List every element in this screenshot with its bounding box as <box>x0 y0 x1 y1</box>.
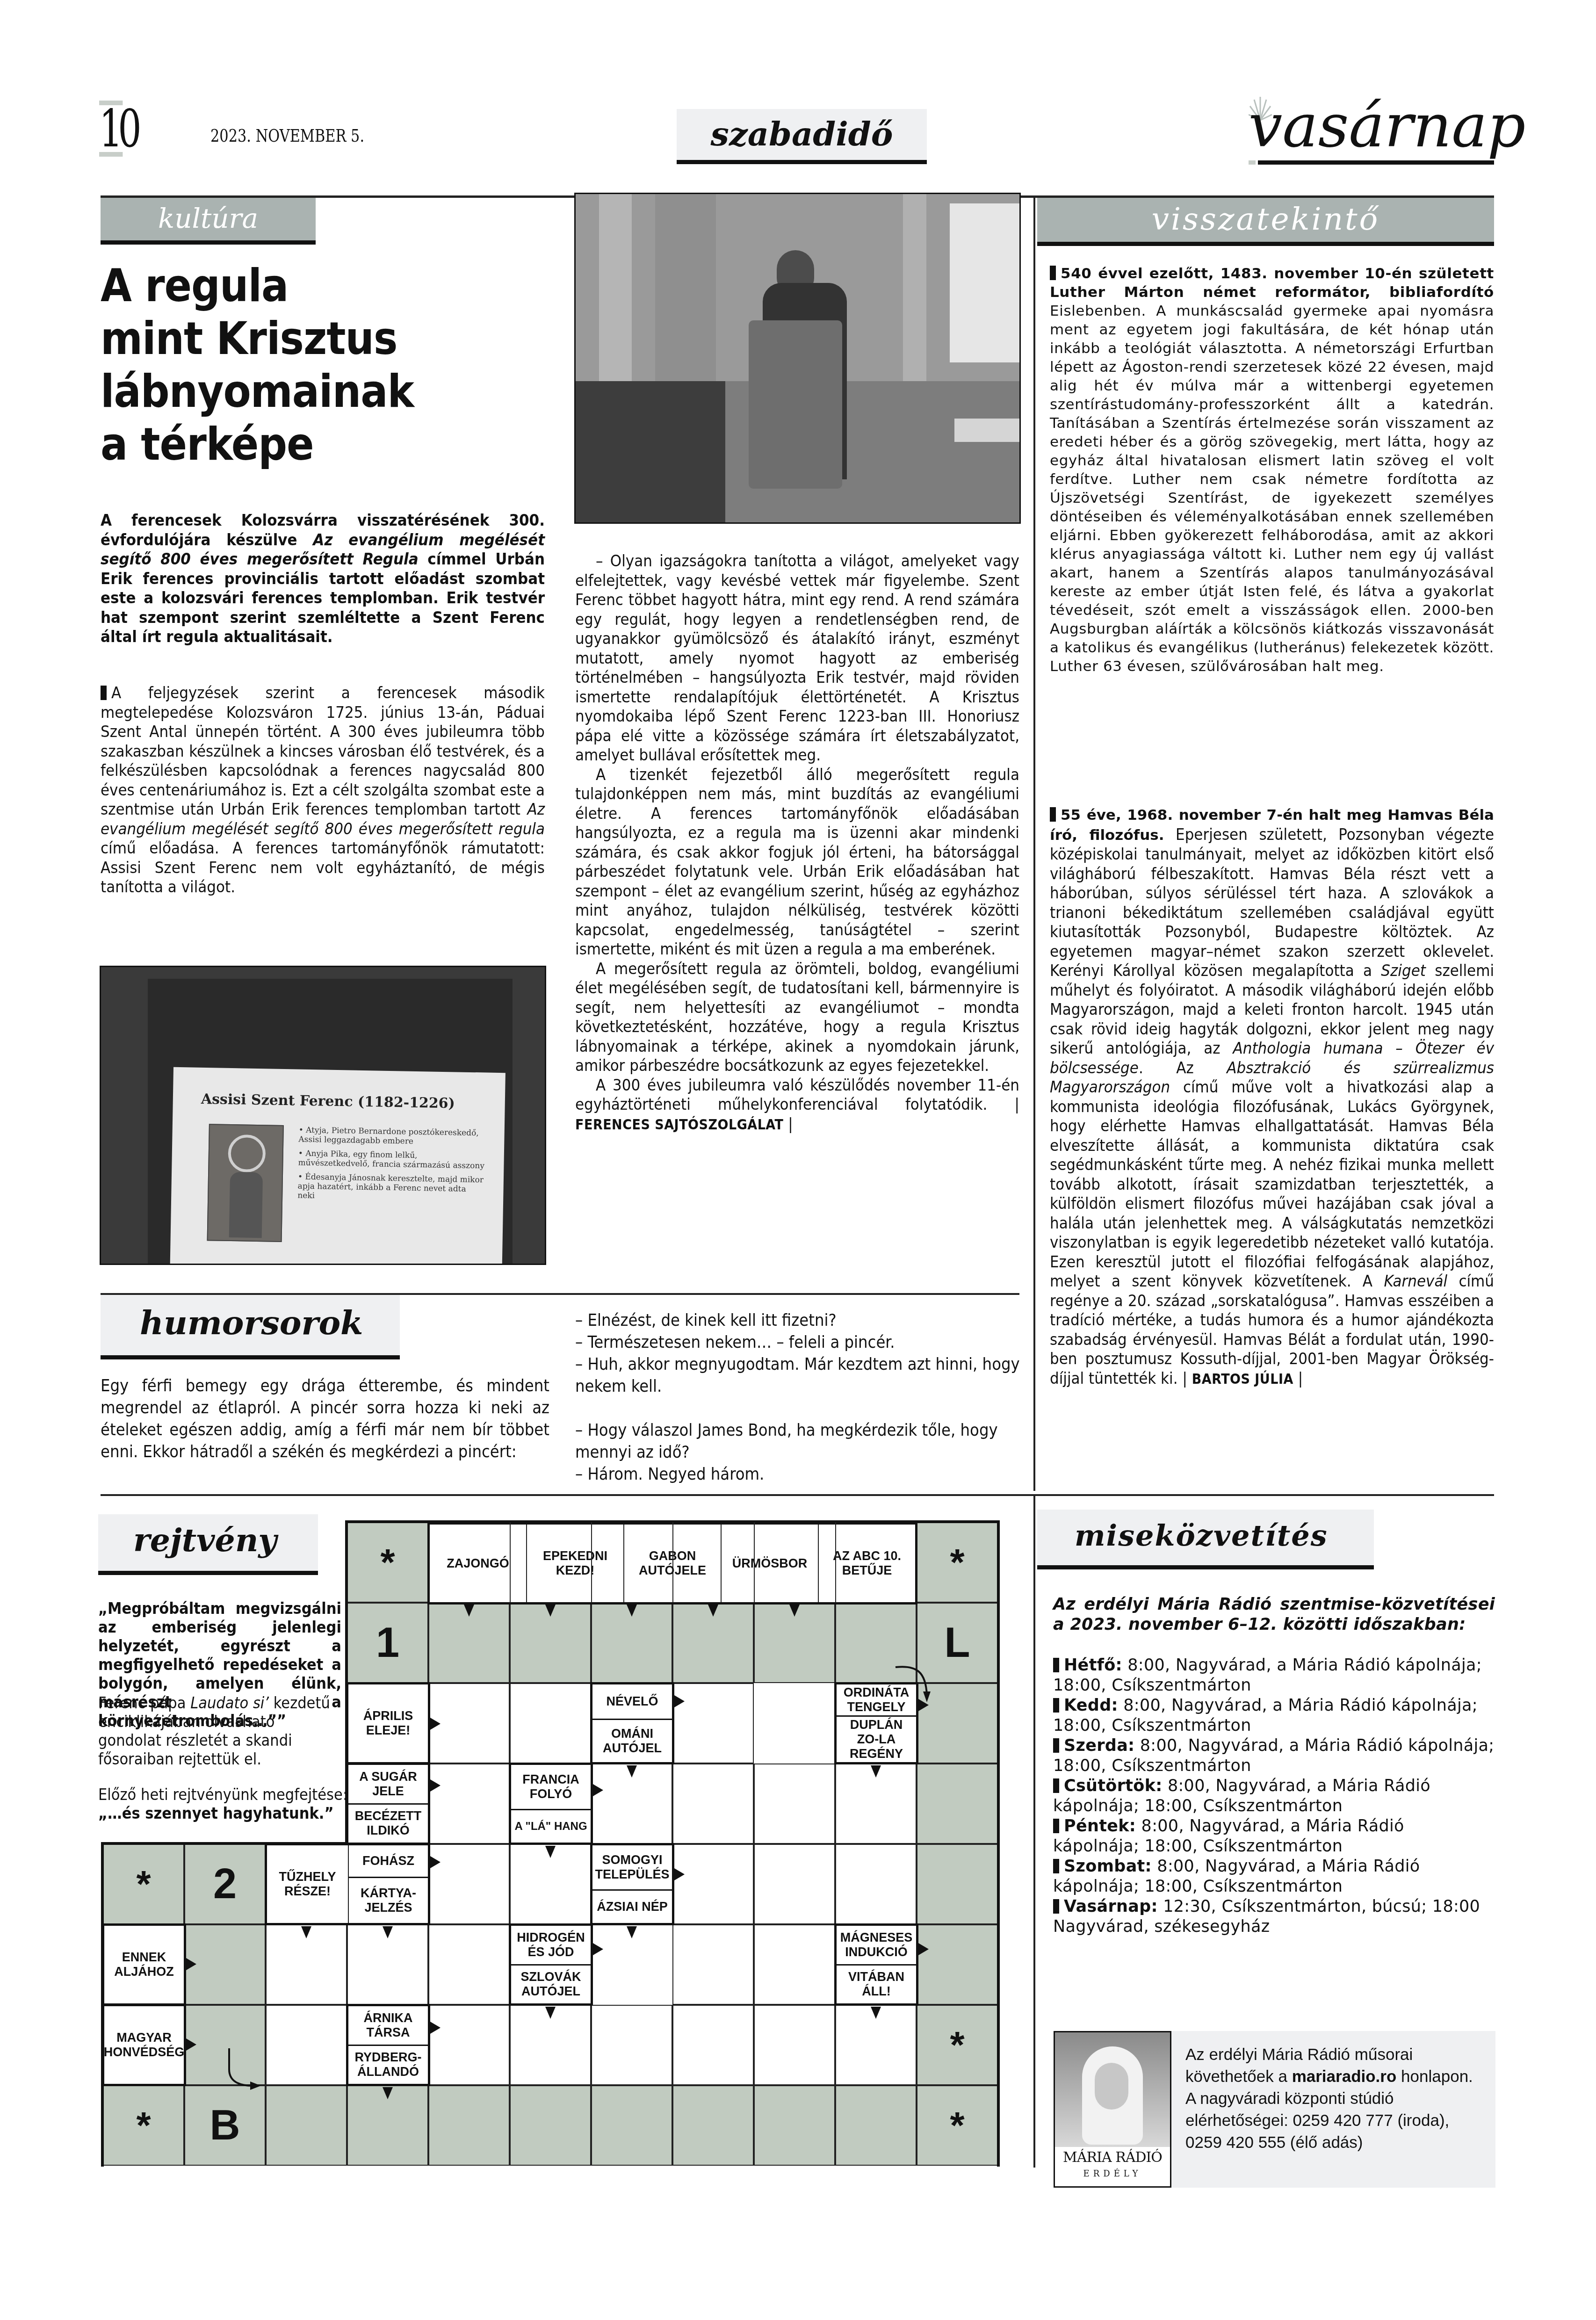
arrow-right-icon <box>674 1695 685 1707</box>
logo-text: MÁRIA RÁDIÓ <box>1055 2149 1170 2166</box>
paragraph-marker-icon <box>1050 266 1056 280</box>
arrow-down-icon <box>383 1926 393 1938</box>
arrow-down-icon <box>383 2087 393 2099</box>
arrow-right-icon <box>918 1943 929 1955</box>
lectern <box>749 320 842 489</box>
arrow-down-icon <box>545 1846 556 1858</box>
clue-text: ENNEK ALJÁHOZ <box>104 1926 184 2003</box>
slide-bullets: • Atyja, Pietro Bernardone posztókereske… <box>297 1126 486 1204</box>
arrow-down-icon <box>464 1604 474 1617</box>
grid-marker-asterisk: * <box>917 2085 998 2166</box>
paragraph-marker-icon <box>1053 1698 1059 1713</box>
clue-somogyi-azsiai: SOMOGYI TELEPÜLÉS ÁZSIAI NÉP <box>590 1843 674 1925</box>
clue-nevelo-omani: NÉVELŐ OMÁNI AUTÓJEL <box>590 1682 674 1764</box>
paragraph-marker-icon <box>1053 1778 1059 1793</box>
grid-cell[interactable] <box>266 2085 347 2166</box>
arrow-right-icon <box>593 1784 603 1796</box>
grid-cell[interactable] <box>428 1844 510 1924</box>
arrow-down-icon <box>545 1604 556 1617</box>
clue-text: MÁGNESES INDUKCIÓ <box>837 1926 916 1964</box>
arrow-right-icon <box>593 1943 603 1955</box>
paragraph-marker-icon <box>1053 1899 1059 1914</box>
ad-contact: A nagyváradi központi stúdió elérhetőség… <box>1185 2088 1485 2154</box>
arrow-down-icon <box>627 1604 637 1617</box>
joke-1-dialogue: – Elnézést, de kinek kell itt fizetni? –… <box>575 1309 1024 1485</box>
paragraph-marker-icon <box>1053 1658 1059 1672</box>
headline-line: lábnyomainak <box>101 365 521 418</box>
byline-separator: | <box>783 1115 793 1134</box>
clue-text: MAGYAR HONVÉDSÉG <box>104 2006 184 2084</box>
pew <box>576 381 725 524</box>
retro-item-luther: 540 évvel ezelőtt, 1483. november 10-én … <box>1050 264 1494 676</box>
column-divider <box>1033 195 1035 1491</box>
website-link[interactable]: mariaradio.ro <box>1292 2067 1397 2086</box>
article-lead: A ferencesek Kolozsvárra visszatérésének… <box>101 511 545 647</box>
schedule-item: Csütörtök: 8:00, Nagyvárad, a Mária Rádi… <box>1053 1776 1495 1816</box>
clue-text: FOHÁSZ <box>349 1845 428 1878</box>
column-divider <box>1033 1494 1035 2168</box>
grid-marker-asterisk: * <box>917 1522 998 1603</box>
grid-cell[interactable] <box>428 2085 510 2166</box>
grid-cell[interactable] <box>835 1844 917 1924</box>
paragraph-marker-icon <box>101 686 107 700</box>
schedule-day: Csütörtök: <box>1064 1777 1163 1795</box>
grid-cell[interactable] <box>672 1763 754 1844</box>
clue-text: RYDBERG-ÁLLANDÓ <box>348 2045 428 2084</box>
article-body-left: A feljegyzések szerint a ferencesek máso… <box>101 684 545 897</box>
schedule-day: Szombat: <box>1064 1857 1152 1876</box>
grid-marker-asterisk: * <box>103 1844 184 1924</box>
schedule-day: Péntek: <box>1064 1817 1136 1836</box>
masthead-logo: vasárnap <box>1249 96 1494 157</box>
logo-accent <box>1249 160 1256 165</box>
grid-cell[interactable] <box>672 2085 754 2166</box>
slide-title: Assisi Szent Ferenc (1182-1226) <box>201 1091 455 1112</box>
arrow-right-icon <box>430 1856 441 1868</box>
maria-radio-logo: MÁRIA RÁDIÓ ERDÉLY <box>1054 2031 1171 2188</box>
joke-line: – Elnézést, de kinek kell itt fizetni? <box>575 1309 1024 1331</box>
arrow-down-icon <box>627 1926 637 1938</box>
paragraph-marker-icon <box>1053 1859 1059 1873</box>
saint-icon-image <box>207 1124 284 1242</box>
schedule-item: Szerda: 8:00, Nagyvárad, a Mária Rádió k… <box>1053 1736 1495 1776</box>
grid-cell[interactable] <box>754 1763 835 1844</box>
projection-screen <box>950 203 1021 362</box>
schedule-day: Kedd: <box>1064 1696 1118 1715</box>
grid-cell[interactable] <box>754 1844 835 1924</box>
grid-cell[interactable] <box>917 1763 998 1844</box>
grid-cell[interactable] <box>266 2005 347 2085</box>
arrow-down-icon <box>708 1604 718 1617</box>
arrow-down-icon <box>871 2007 881 2019</box>
clue-zajongo: ZAJONGÓ <box>430 1525 527 1602</box>
curved-arrow-icon <box>224 2046 271 2093</box>
clue-text: BECÉZETT ILDIKÓ <box>348 1803 428 1843</box>
projected-slide: Assisi Szent Ferenc (1182-1226) • Atyja,… <box>169 1067 506 1265</box>
body-paragraph: – Olyan igazságokra tanította a világot,… <box>575 552 1019 766</box>
retro-heading: 540 évvel ezelőtt, 1483. november 10-én … <box>1050 265 1494 301</box>
clue-text: DUPLÁN ZO-LA REGÉNY <box>837 1715 916 1762</box>
clue-text: SZLOVÁK AUTÓJEL <box>511 1964 591 2004</box>
headline-line: mint Krisztus <box>101 312 521 365</box>
photo-lecture-slide: Assisi Szent Ferenc (1182-1226) • Atyja,… <box>100 966 546 1265</box>
maria-radio-ad-text: Az erdélyi Mária Rádió műsorai követhető… <box>1185 2044 1485 2154</box>
arrow-down-icon <box>789 1604 800 1617</box>
slide-bullet: Atyja, Pietro Bernardone posztókereskedő… <box>298 1126 479 1146</box>
grid-marker-number: 2 <box>184 1844 266 1924</box>
retro-text: . Az <box>1139 1059 1227 1077</box>
arrow-down-icon <box>301 1926 311 1938</box>
clue-text: ÁRNIKA TÁRSA <box>348 2006 428 2045</box>
grid-cell[interactable] <box>672 2005 754 2085</box>
body-paragraph: A tizenkét fejezetből álló megerősített … <box>575 766 1019 960</box>
grid-cell[interactable] <box>428 1924 510 2005</box>
grid-marker-letter: B <box>184 2085 266 2166</box>
grid-cell[interactable] <box>917 1924 998 2005</box>
arrow-down-icon <box>545 2007 556 2019</box>
body-text: A 300 éves jubileumra való készülődés no… <box>575 1076 1019 1114</box>
byline: BARTOS JÚLIA <box>1192 1371 1293 1388</box>
slide-bullet: Édesanyja Jánosnak keresztelte, majd mik… <box>297 1172 484 1200</box>
arrow-right-icon <box>674 1868 685 1880</box>
schedule-item: Péntek: 8:00, Nagyvárad, a Mária Rádió k… <box>1053 1816 1495 1857</box>
logo-subtext: ERDÉLY <box>1055 2169 1170 2179</box>
section-label-misekozvetites: miseközvetítés <box>1037 1510 1374 1569</box>
clue-text: ÁZSIAI NÉP <box>592 1889 672 1923</box>
mass-intro: Az erdélyi Mária Rádió szentmise-közvetí… <box>1053 1595 1495 1635</box>
clue-text: HIDROGÉN ÉS JÓD <box>511 1926 591 1964</box>
section-label-humorsorok: humorsorok <box>101 1295 400 1359</box>
joke-line: – Három. Negyed három. <box>575 1463 1024 1485</box>
work-title: Sziget <box>1381 961 1426 980</box>
slide-bullet: Anyja Pika, egy finom lelkű, művészetked… <box>298 1149 484 1171</box>
grid-marker-asterisk: * <box>917 2005 998 2085</box>
page-number: 10 <box>99 101 123 157</box>
grid-cell[interactable] <box>835 2085 917 2166</box>
schedule-item: Kedd: 8:00, Nagyvárad, a Mária Rádió káp… <box>1053 1696 1495 1736</box>
clue-text: SOMOGYI TELEPÜLÉS <box>592 1845 672 1889</box>
arrow-right-icon <box>430 1779 441 1792</box>
clue-text: A SUGÁR JELE <box>348 1765 428 1803</box>
grid-cell[interactable] <box>591 2005 672 2085</box>
grid-cell[interactable] <box>428 1683 510 1763</box>
clue-arnika-rydberg: ÁRNIKA TÁRSA RYDBERG-ÁLLANDÓ <box>346 2004 430 2086</box>
arrow-right-icon <box>186 2038 196 2051</box>
clue-magyar: MAGYAR HONVÉDSÉG <box>102 2004 186 2086</box>
clue-hidrogen-szlovak: HIDROGÉN ÉS JÓD SZLOVÁK AUTÓJEL <box>509 1923 593 2006</box>
section-label-visszatekinto: visszatekintő <box>1037 198 1494 246</box>
arrow-right-icon <box>186 1958 196 1970</box>
paragraph-marker-icon <box>1053 1738 1059 1753</box>
grid-cell[interactable] <box>754 2085 835 2166</box>
byline: FERENCES SAJTÓSZOLGÁLAT <box>575 1117 783 1133</box>
crossword-grid: * * 1 L * 2 * * B * ZAJONGÓ EPEKEDNI KEZ… <box>103 1522 998 2166</box>
schedule-day: Szerda: <box>1064 1736 1134 1755</box>
grid-cell[interactable] <box>672 1924 754 2005</box>
grid-cell[interactable] <box>184 1924 266 2005</box>
arrow-right-icon <box>430 2022 441 2034</box>
grid-cell[interactable] <box>510 2085 591 2166</box>
grid-cell[interactable] <box>510 1683 591 1763</box>
projector <box>954 419 1020 442</box>
clue-francia-la: FRANCIA FOLYÓ A "LÁ" HANG <box>509 1763 593 1845</box>
clue-text: A "LÁ" HANG <box>511 1809 591 1843</box>
madonna-face <box>1095 2063 1128 2110</box>
clue-text: KÁRTYA-JELZÉS <box>349 1878 428 1923</box>
section-title: szabadidő <box>677 109 927 164</box>
body-text: című előadása. A ferences tartományfőnök… <box>101 839 545 896</box>
logo-underline <box>1258 160 1494 165</box>
schedule-item: Szombat: 8:00, Nagyvárad, a Mária Rádió … <box>1053 1857 1495 1897</box>
arrow-right-icon <box>430 1718 441 1730</box>
grid-cell[interactable] <box>672 1844 754 1924</box>
schedule-item: Hétfő: 8:00, Nagyvárad, a Mária Rádió ká… <box>1053 1655 1495 1696</box>
clue-text: FRANCIA FOLYÓ <box>511 1765 591 1809</box>
grid-cell[interactable] <box>754 1924 835 2005</box>
body-paragraph: A megerősített regula az örömteli, boldo… <box>575 960 1019 1076</box>
joke-line: – Huh, akkor megnyugodtam. Már kezdtem a… <box>575 1353 1024 1397</box>
photo-speaker-at-lectern <box>574 193 1021 524</box>
clue-epekedni: EPEKEDNI KEZD! <box>527 1525 624 1602</box>
mass-schedule: Hétfő: 8:00, Nagyvárad, a Mária Rádió ká… <box>1053 1655 1495 1937</box>
bottom-section-rule <box>101 1494 1494 1496</box>
grid-cell[interactable] <box>917 1844 998 1924</box>
grid-cell[interactable] <box>591 2085 672 2166</box>
clue-magneses-vitaban: MÁGNESES INDUKCIÓ VITÁBAN ÁLL! <box>834 1923 918 2006</box>
clue-text: TŰZHELY RÉSZE! <box>267 1845 349 1923</box>
clue-aprilis: ÁPRILIS ELEJE! <box>346 1682 430 1764</box>
schedule-day: Hétfő: <box>1064 1656 1122 1675</box>
joke-1-setup: Egy férfi bemegy egy drága étterembe, és… <box>101 1375 549 1463</box>
clue-text: OMÁNI AUTÓJEL <box>592 1719 672 1762</box>
curved-arrow-icon <box>893 1662 935 1705</box>
clue-text: VITÁBAN ÁLL! <box>837 1964 916 2004</box>
grid-cell[interactable] <box>428 2005 510 2085</box>
clue-text: ÁPRILIS ELEJE! <box>348 1684 428 1762</box>
retro-text: Eislebenben. A munkáscsalád gyermeke apa… <box>1050 303 1494 675</box>
grid-cell[interactable] <box>428 1763 510 1844</box>
body-text: A feljegyzések szerint a ferencesek máso… <box>101 684 545 819</box>
article-body-middle: – Olyan igazságokra tanította a világot,… <box>575 552 1019 1135</box>
schedule-day: Vasárnap: <box>1064 1897 1158 1916</box>
joke-line: – Hogy válaszol James Bond, ha megkérdez… <box>575 1419 1024 1463</box>
clue-sugar-ildiko: A SUGÁR JELE BECÉZETT ILDIKÓ <box>346 1763 430 1845</box>
paragraph-marker-icon <box>1053 1819 1059 1833</box>
grid-marker-asterisk: * <box>103 2085 184 2166</box>
retro-item-hamvas: 55 éve, 1968. november 7-én halt meg Ham… <box>1050 805 1494 1389</box>
grid-marker-number: 1 <box>347 1603 428 1683</box>
byline-separator: | <box>1293 1369 1303 1388</box>
grid-cell[interactable] <box>754 2005 835 2085</box>
article-headline: A regula mint Krisztus lábnyomainak a té… <box>101 260 521 471</box>
ad-text: honlapon. <box>1396 2067 1473 2086</box>
clue-tuzhely-group: TŰZHELY RÉSZE! FOHÁSZ KÁRTYA-JELZÉS <box>265 1843 430 1925</box>
joke-line: – Természetesen nekem… – feleli a pincér… <box>575 1331 1024 1353</box>
work-title: Karnevál <box>1384 1272 1447 1291</box>
schedule-item: Vasárnap: 12:30, Csíkszentmárton, búcsú;… <box>1053 1897 1495 1937</box>
clue-text: NÉVELŐ <box>592 1684 672 1719</box>
grid-marker-asterisk: * <box>347 1522 428 1603</box>
section-label-kultura: kultúra <box>101 198 316 245</box>
clue-urmosbor: ÜRMÖSBOR <box>722 1525 819 1602</box>
issue-date: 2023. NOVEMBER 5. <box>210 125 364 146</box>
retro-text: Eperjesen született, Pozsonyban végezte … <box>1050 825 1494 981</box>
retro-text: című műve volt a hivatkozási alap a komm… <box>1050 1078 1494 1291</box>
grid-cell[interactable] <box>672 1683 754 1763</box>
headline-line: A regula <box>101 260 521 312</box>
headline-line: a térképe <box>101 418 521 471</box>
clue-ennek: ENNEK ALJÁHOZ <box>102 1923 186 2006</box>
arrow-down-icon <box>627 1765 637 1778</box>
arrow-down-icon <box>871 1765 881 1778</box>
clue-az-abc: AZ ABC 10. BETŰJE <box>819 1525 915 1602</box>
paragraph-marker-icon <box>1050 807 1056 822</box>
